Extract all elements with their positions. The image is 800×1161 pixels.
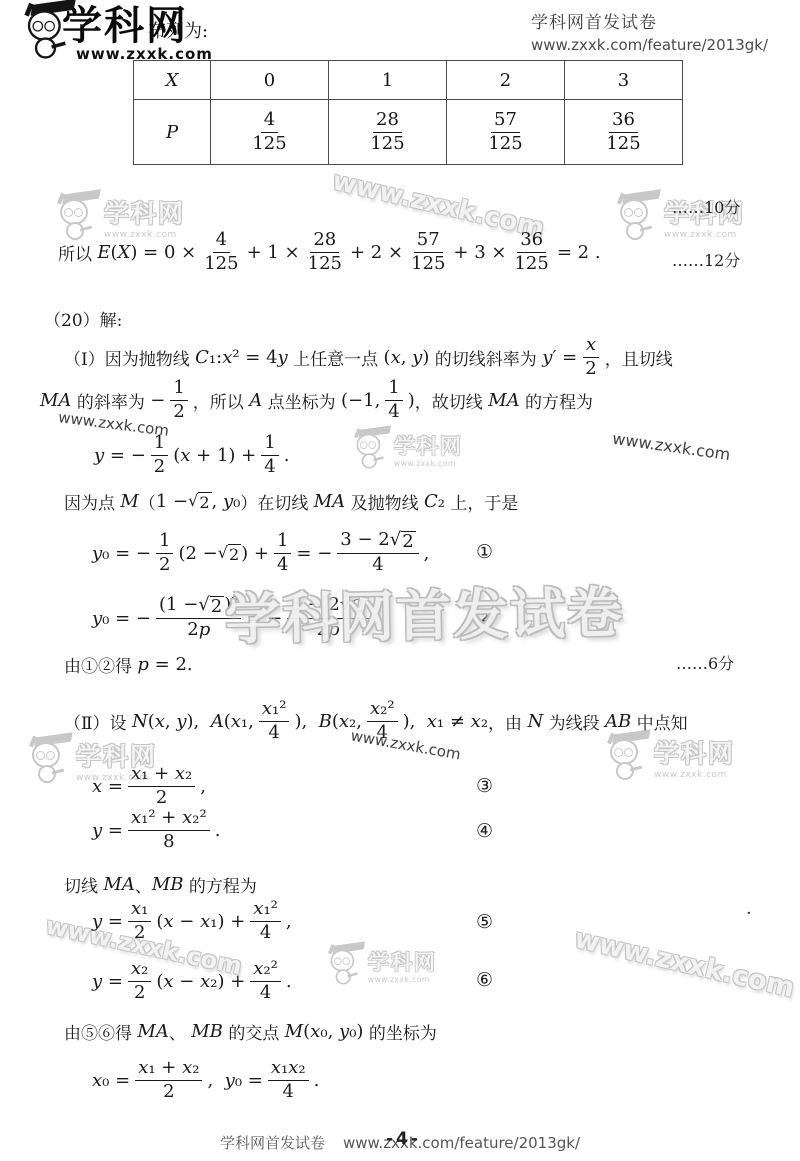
tangent-ma-equation: y = −12(x + 1) +14. [94,428,289,482]
x-cell: 2 [447,61,565,100]
eq-ref-3: ③ [476,775,493,797]
mascot-logo-icon [16,2,80,61]
eq-ref-2: ② [476,607,493,629]
part1-line2: MA 的斜率为 −12，所以 A 点坐标为 (−1,14)，故切线 MA 的方程… [40,373,593,427]
equation-5: y =x₁2(x − x₁) +x₁²4, [92,893,292,949]
header-url: www.zxxk.com/feature/2013gk/ [531,36,768,54]
equation-4: y =x₁² + x₂²8. [92,802,220,858]
equation-2: y₀ = −(1 −√2)²2p= −3 − 2√22p. [92,586,379,650]
mascot-watermark: 学科网www.zxxk.com [322,944,437,987]
mascot-icon [348,428,394,471]
mascot-icon [610,192,664,242]
intersection-line: 由⑤⑥得 MA、 MB 的交点 M(x₀, y₀) 的坐标为 [64,1017,437,1045]
url-watermark: www.zxxk.com [571,923,797,1004]
header-right: 学科网首发试卷 www.zxxk.com/feature/2013gk/ [531,8,768,54]
expectation-line: 所以 E(X) = 0 ×4125+ 1 ×28125+ 2 ×57125+ 3… [58,225,601,279]
final-coordinates-equation: x₀ =x₁ + x₂2, y₀ =x₁x₂4. [92,1052,319,1108]
p-cell: 28125 [329,100,447,165]
p-cell: 36125 [565,100,683,165]
mascot-watermark: 学科网www.zxxk.com [348,428,463,471]
p-row-header: P [134,100,211,165]
footer-url: www.zxxk.com/feature/2013gk/ [343,1134,580,1152]
x-cell: 0 [211,61,329,100]
score-mark-12: ……12分 [672,248,740,271]
equation-6: y =x₂2(x − x₂) +x₂²4. [92,953,292,1009]
eq-ref-1: ① [476,541,493,563]
score-mark-6: ……6分 [676,651,734,674]
footer-title: 学科网首发试卷 [220,1134,325,1152]
eq-ref-6: ⑥ [476,969,493,991]
scanned-exam-page: 布列为: 学科网 www.zxxk.com 学科网首发试卷 www.zxxk.c… [0,0,800,1161]
x-row-header: X [134,61,211,100]
table-row: X 0 1 2 3 [134,61,683,100]
mascot-icon [322,944,368,987]
zxxk-logo: 学科网 www.zxxk.com [16,0,213,63]
distribution-table: X 0 1 2 3 P 4125 28125 57125 36125 [133,60,683,165]
logo-site-url: www.zxxk.com [76,45,213,63]
point-m-line: 因为点 M（1 −√2, y₀）在切线 MA 及抛物线 C₂ 上，于是 [64,486,518,516]
page-number: -4- [386,1129,421,1149]
eq-ref-5: ⑤ [476,911,493,933]
part2-line1: （Ⅱ）设 N(x, y), A(x₁,x₁²4), B(x₂,x₂²4), x₁… [64,692,688,750]
header-title: 学科网首发试卷 [531,8,768,33]
url-watermark: www.zxxk.com [611,429,731,464]
score-mark-10: ……10分 [672,195,740,218]
eq-ref-4: ④ [476,820,493,842]
problem-20-label: （20）解: [44,306,122,330]
stray-mark: · [746,903,752,924]
equation-1: y₀ = −12(2 −√2) +14= −3 − 2√24, [92,524,429,582]
x-cell: 3 [565,61,683,100]
p-result-line: 由①②得 p = 2. [64,650,193,678]
table-row: P 4125 28125 57125 36125 [134,100,683,165]
logo-site-name: 学科网 [62,6,213,46]
p-cell: 57125 [447,100,565,165]
p-cell: 4125 [211,100,329,165]
x-cell: 1 [329,61,447,100]
